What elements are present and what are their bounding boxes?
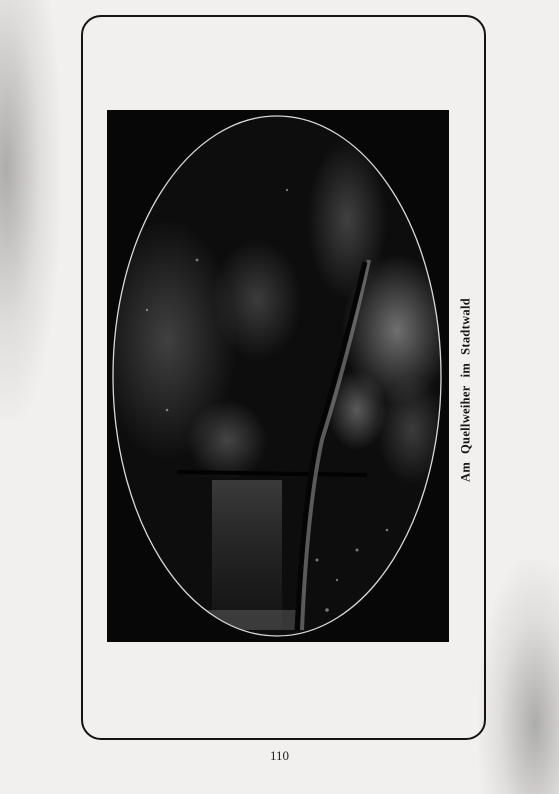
page-number: 110 bbox=[0, 748, 559, 764]
caption-word: Quellweiher bbox=[459, 385, 473, 454]
photo-oval-vignette bbox=[107, 110, 449, 642]
photograph-plate bbox=[107, 110, 449, 642]
caption-word: im bbox=[459, 363, 473, 378]
caption-word: Am bbox=[459, 462, 473, 482]
photo-caption: AmQuellweiherimStadtwald bbox=[459, 294, 474, 486]
caption-word: Stadtwald bbox=[459, 298, 473, 355]
scan-shadow-left bbox=[0, 0, 60, 420]
